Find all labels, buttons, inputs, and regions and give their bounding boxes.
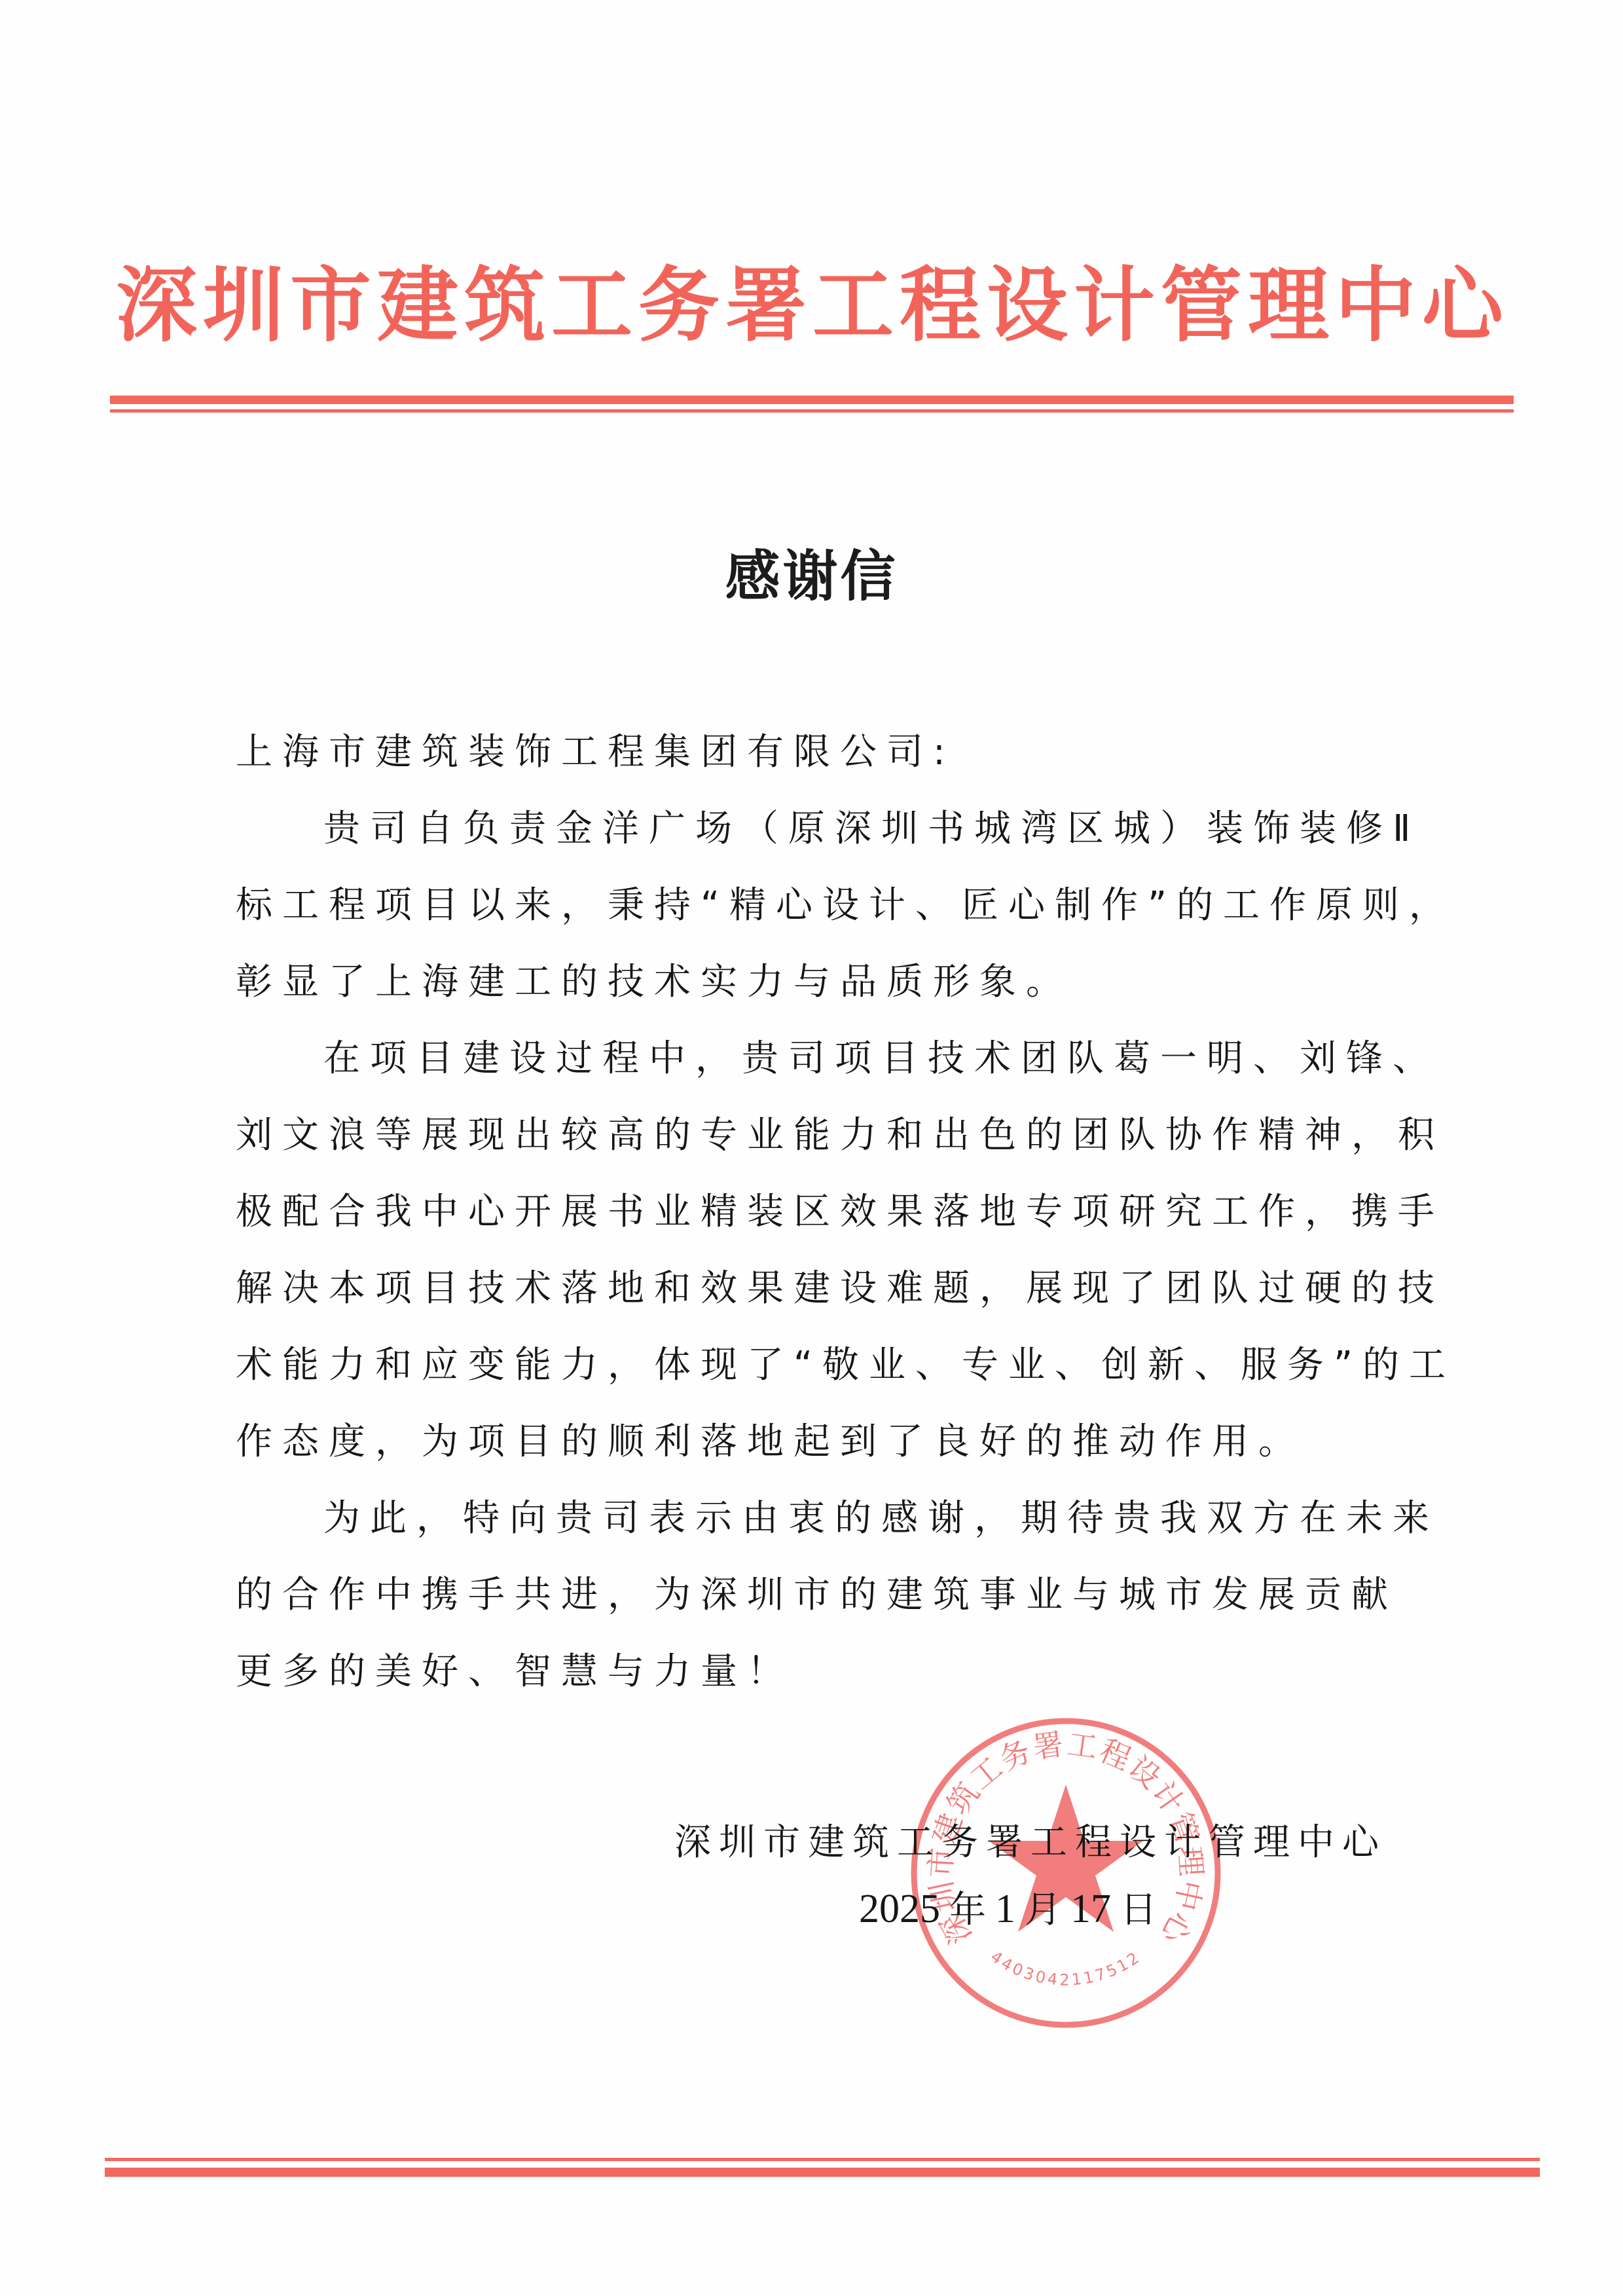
body-line: 为此，特向贵司表示由衷的感谢，期待贵我双方在未来 — [236, 1480, 1375, 1557]
date-month: 1 — [995, 1887, 1015, 1931]
date-day: 17 — [1070, 1887, 1111, 1931]
footer-rule-thick — [105, 2168, 1540, 2177]
footer-rule-thin — [105, 2158, 1540, 2161]
signature-organization: 深圳市建筑工务署工程设计管理中心 — [674, 1815, 1381, 1870]
letterhead-organization: 深圳市建筑工务署工程设计管理中心 — [110, 257, 1515, 355]
body-line: 更多的美好、智慧与力量！ — [236, 1633, 1375, 1710]
body-line: 极配合我中心开展书业精装区效果落地专项研究工作，携手 — [236, 1174, 1375, 1250]
date-year: 2025 — [859, 1887, 940, 1931]
letter-body: 上海市建筑装饰工程集团有限公司: 贵司自负责金洋广场（原深圳书城湾区城）装饰装修… — [236, 714, 1375, 1710]
body-line: 贵司自负责金洋广场（原深圳书城湾区城）装饰装修Ⅱ — [236, 790, 1375, 867]
body-line: 在项目建设过程中，贵司项目技术团队葛一明、刘锋、 — [236, 1020, 1375, 1097]
body-line: 彰显了上海建工的技术实力与品质形象。 — [236, 944, 1375, 1020]
date-month-unit: 月 — [1025, 1889, 1061, 1931]
letter-title: 感谢信 — [0, 540, 1623, 612]
body-line: 刘文浪等展现出较高的专业能力和出色的团队协作精神，积 — [236, 1097, 1375, 1174]
signature-date: 2025年1月17日 — [859, 1879, 1213, 1940]
date-day-unit: 日 — [1120, 1889, 1157, 1931]
letterhead-rule-thin — [110, 409, 1514, 413]
body-line: 解决本项目技术落地和效果建设难题，展现了团队过硬的技 — [236, 1250, 1375, 1327]
svg-text:4403042117512: 4403042117512 — [987, 1948, 1144, 1990]
letter-page: 深圳市建筑工务署工程设计管理中心 感谢信 上海市建筑装饰工程集团有限公司: 贵司… — [0, 0, 1623, 2296]
body-line: 术能力和应变能力，体现了“敬业、专业、创新、服务”的工 — [236, 1327, 1375, 1403]
official-seal: 深圳市建筑工务署工程设计管理中心 4403042117512 — [905, 1713, 1226, 2033]
salutation: 上海市建筑装饰工程集团有限公司: — [236, 714, 1375, 790]
date-year-unit: 年 — [949, 1889, 986, 1931]
body-line: 的合作中携手共进，为深圳市的建筑事业与城市发展贡献 — [236, 1557, 1375, 1633]
body-line: 标工程项目以来，秉持“精心设计、匠心制作”的工作原则， — [236, 867, 1375, 944]
seal-code: 4403042117512 — [987, 1948, 1144, 1990]
body-line: 作态度，为项目的顺利落地起到了良好的推动作用。 — [236, 1403, 1375, 1480]
letterhead-rule-thick — [110, 396, 1514, 404]
